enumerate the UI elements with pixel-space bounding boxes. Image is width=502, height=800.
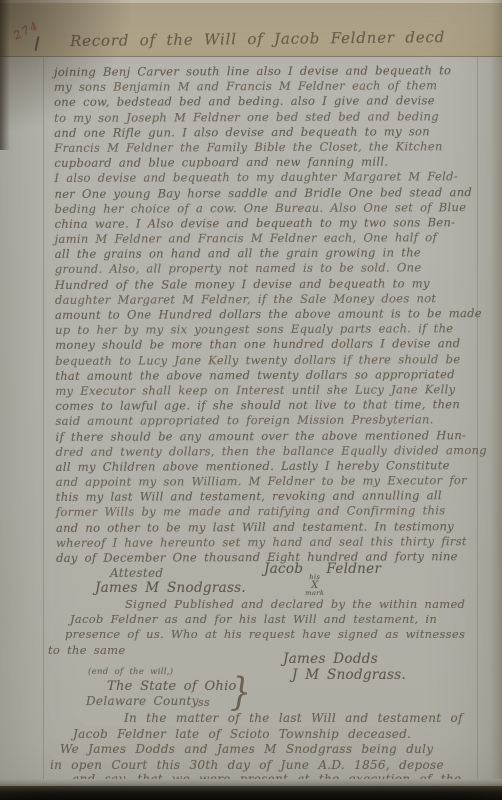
probate-line: In the matter of the last Will and testa… xyxy=(124,711,463,725)
jurat-brace: } xyxy=(230,669,251,714)
testator-first-name: Jacob xyxy=(264,561,303,577)
jurat-state: The State of Ohio xyxy=(107,679,237,694)
attestation-line: Jacob Feldner as and for his last Will a… xyxy=(48,612,465,627)
x-mark: hisXmark xyxy=(305,574,324,596)
page-bottom-edge xyxy=(0,779,502,786)
end-of-will-note: (end of the will,) xyxy=(88,667,173,677)
book-edge-dark-strip xyxy=(0,786,502,800)
left-margin-line xyxy=(43,57,44,779)
attestation-line: presence of us. Who at his request have … xyxy=(48,627,465,642)
ledger-page: 274 Record of the Will of Jacob Feldner … xyxy=(0,0,502,800)
title-rule-line xyxy=(0,56,502,57)
probate-line: We James Dodds and James M Snodgrass bei… xyxy=(60,742,433,756)
witness-signature-dodds: James Dodds xyxy=(283,651,378,667)
will-body-text: joining Benj Carver south line also I de… xyxy=(54,63,476,566)
mark-word-label: mark xyxy=(305,590,324,597)
probate-line: Jacob Feldner late of Scioto Township de… xyxy=(73,727,411,741)
probate-line: in open Court this 30th day of June A.D.… xyxy=(50,758,444,772)
attestation-clause: Signed Published and declared by the wit… xyxy=(48,597,465,658)
attestation-line: to the same xyxy=(48,643,465,658)
testator-signature: JacobhisXmarkFeldner xyxy=(264,561,381,596)
photo-top-edge xyxy=(0,0,502,3)
jurat-county: Delaware County xyxy=(86,694,199,708)
attesting-witness-signature: James M Snodgrass. xyxy=(95,580,246,596)
attestation-line: Signed Published and declared by the wit… xyxy=(48,597,465,612)
jurat-ss-abbreviation: ss xyxy=(198,696,210,709)
right-margin-line xyxy=(477,57,478,779)
attested-label: Attested xyxy=(110,566,163,580)
witness-signature-snodgrass: J M Snodgrass. xyxy=(292,667,406,683)
testator-last-name: Feldner xyxy=(326,561,381,577)
